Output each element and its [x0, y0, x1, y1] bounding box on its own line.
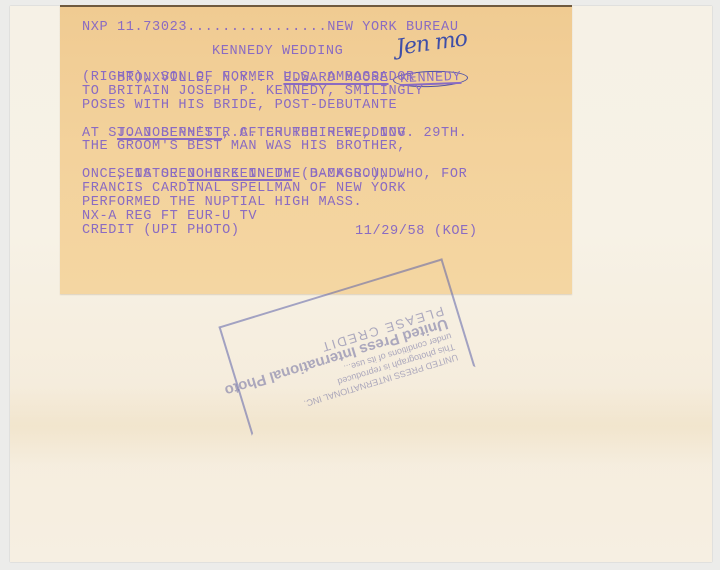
caption-line-4: POSES WITH HIS BRIDE, POST-DEBUTANTE	[82, 99, 397, 113]
caption-line-10: FRANCIS CARDINAL SPELLMAN OF NEW YORK	[82, 182, 406, 196]
caption-line-2: (RIGHT), SON OF FORMER U.S. AMBASSADOR	[82, 71, 415, 85]
caption-line-12: NX-A REG FT EUR-U TV	[82, 210, 257, 224]
caption-slip: NXP 11.73023................NEW YORK BUR…	[60, 5, 572, 294]
caption-line-3: TO BRITAIN JOSEPH P. KENNEDY, SMILINGLY	[82, 85, 424, 99]
caption-line-13: CREDIT (UPI PHOTO)	[82, 224, 240, 238]
caption-date: 11/29/58 (KOE)	[355, 225, 478, 239]
caption-line-7: THE GROOM'S BEST MAN WAS HIS BROTHER,	[82, 140, 406, 154]
caption-line-9: ONCE, IS SEEN HERE IN THE BACKGROUND.	[82, 168, 406, 182]
caption-line-11: PERFORMED THE NUPTIAL HIGH MASS.	[82, 196, 362, 210]
caption-header: NXP 11.73023................NEW YORK BUR…	[82, 21, 459, 35]
